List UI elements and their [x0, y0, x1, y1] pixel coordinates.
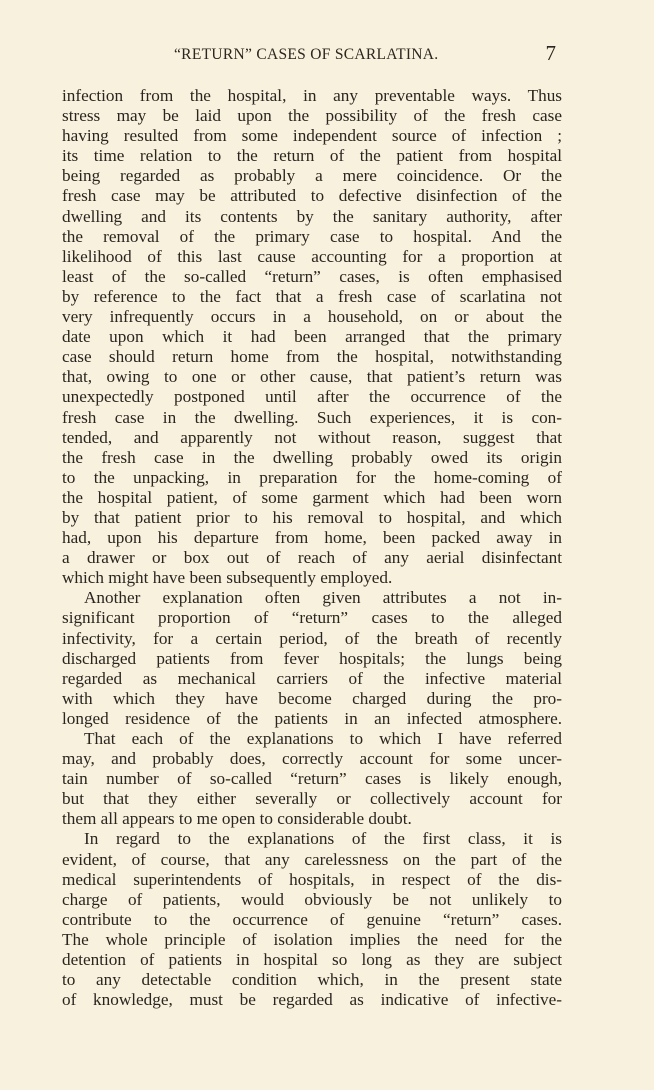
- text-line: the removal of the primary case to hospi…: [62, 227, 562, 247]
- text-line: medical superintendents of hospitals, in…: [62, 870, 562, 890]
- text-line: unexpectedly postponed until after the o…: [62, 387, 562, 407]
- text-line: longed residence of the patients in an i…: [62, 709, 562, 729]
- text-line: its time relation to the return of the p…: [62, 146, 562, 166]
- book-page: “RETURN” CASES OF SCARLATINA. 7 infectio…: [0, 0, 654, 1090]
- text-line: dwelling and its contents by the sanitar…: [62, 207, 562, 227]
- page-header: “RETURN” CASES OF SCARLATINA. 7: [62, 44, 562, 70]
- text-line: but that they either severally or collec…: [62, 789, 562, 809]
- text-line: discharged patients from fever hospitals…: [62, 649, 562, 669]
- text-line: charge of patients, would obviously be n…: [62, 890, 562, 910]
- text-line: tended, and apparently not without reaso…: [62, 428, 562, 448]
- text-line: them all appears to me open to considera…: [62, 809, 562, 829]
- text-line: regarded as mechanical carriers of the i…: [62, 669, 562, 689]
- text-line: The whole principle of isolation implies…: [62, 930, 562, 950]
- text-line: with which they have become charged duri…: [62, 689, 562, 709]
- page-number: 7: [546, 41, 557, 66]
- text-line: fresh case in the dwelling. Such experie…: [62, 408, 562, 428]
- text-line: the hospital patient, of some garment wh…: [62, 488, 562, 508]
- text-line: of knowledge, must be regarded as indica…: [62, 990, 562, 1010]
- text-line: least of the so-called “return” cases, i…: [62, 267, 562, 287]
- text-line: having resulted from some independent so…: [62, 126, 562, 146]
- text-line: detention of patients in hospital so lon…: [62, 950, 562, 970]
- text-line: the fresh case in the dwelling probably …: [62, 448, 562, 468]
- text-line: likelihood of this last cause accounting…: [62, 247, 562, 267]
- text-line: to the unpacking, in preparation for the…: [62, 468, 562, 488]
- text-line: evident, of course, that any carelessnes…: [62, 850, 562, 870]
- text-line: stress may be laid upon the possibility …: [62, 106, 562, 126]
- text-line: date upon which it had been arranged tha…: [62, 327, 562, 347]
- text-line: a drawer or box out of reach of any aeri…: [62, 548, 562, 568]
- body-text: infection from the hospital, in any prev…: [62, 86, 562, 1010]
- text-line: by reference to the fact that a fresh ca…: [62, 287, 562, 307]
- text-line: being regarded as probably a mere coinci…: [62, 166, 562, 186]
- text-line: tain number of so-called “return” cases …: [62, 769, 562, 789]
- text-line: that, owing to one or other cause, that …: [62, 367, 562, 387]
- text-line: infectivity, for a certain period, of th…: [62, 629, 562, 649]
- text-line: significant proportion of “return” cases…: [62, 608, 562, 628]
- text-line: may, and probably does, correctly accoun…: [62, 749, 562, 769]
- text-line: infection from the hospital, in any prev…: [62, 86, 562, 106]
- text-line: had, upon his departure from home, been …: [62, 528, 562, 548]
- running-title: “RETURN” CASES OF SCARLATINA.: [174, 46, 438, 64]
- text-line: case should return home from the hospita…: [62, 347, 562, 367]
- text-line: to any detectable condition which, in th…: [62, 970, 562, 990]
- text-line: fresh case may be attributed to defectiv…: [62, 186, 562, 206]
- text-line: That each of the explanations to which I…: [62, 729, 562, 749]
- text-line: by that patient prior to his removal to …: [62, 508, 562, 528]
- text-line: In regard to the explanations of the fir…: [62, 829, 562, 849]
- text-line: very infrequently occurs in a household,…: [62, 307, 562, 327]
- text-line: Another explanation often given attribut…: [62, 588, 562, 608]
- text-line: which might have been subsequently emplo…: [62, 568, 562, 588]
- text-line: contribute to the occurrence of genuine …: [62, 910, 562, 930]
